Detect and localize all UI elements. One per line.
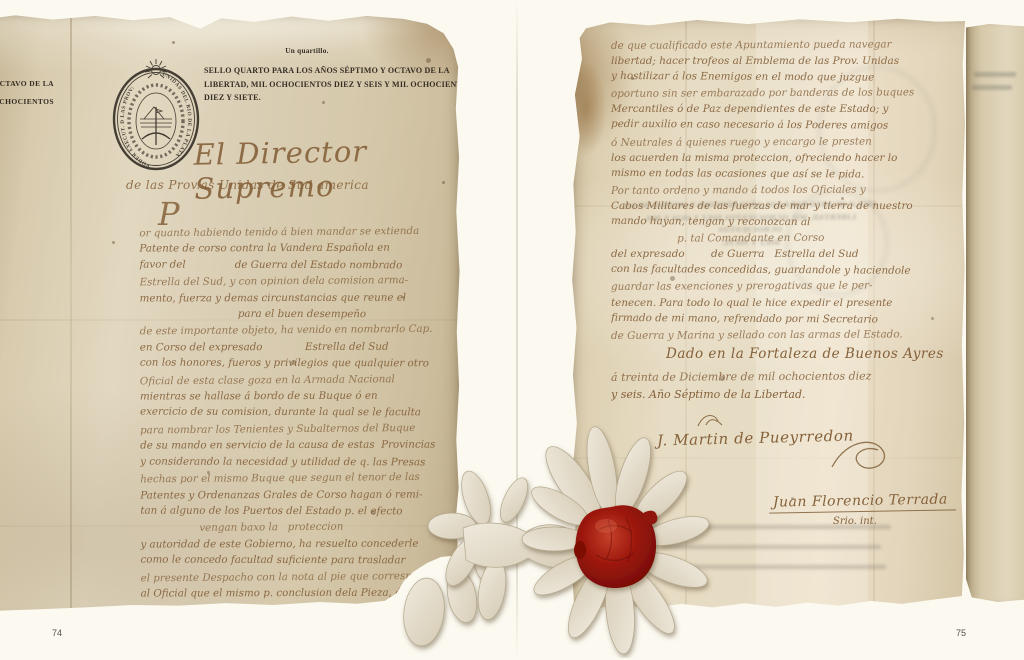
right-handwriting-block: de que cualificado este Apuntamiento pue… [611, 37, 959, 343]
handwriting-line: Mercantiles ó de Paz dependientes de est… [611, 101, 959, 117]
water-stain [565, 61, 607, 157]
fold-crease [70, 13, 72, 614]
handwriting-line: firmado de mi mano, refrendado por mi Se… [611, 310, 959, 328]
book-spread: CTAVO DE LAOCHOCIENTOS [0, 0, 1024, 660]
foxing-specks [172, 41, 175, 44]
dateline-block: á treinta de Diciembre de mil ochociento… [611, 368, 951, 403]
handwriting-line: en Corso del expresado Estrella del Sud [140, 338, 458, 356]
handwriting-line: con los honores, fueros y privilegios qu… [140, 355, 458, 372]
document-title: El Director Supremo [193, 132, 460, 206]
handwriting-line: los acuerden la misma proteccion, ofreci… [611, 150, 959, 166]
faint-print-fragment [972, 85, 1012, 90]
stamp-landscape-emblem [140, 107, 172, 145]
paper-rosette-with-wax-seal [368, 400, 788, 658]
page-number-right: 75 [956, 628, 966, 638]
handwriting-line: ó Neutrales á quienes ruego y encargo le… [611, 133, 959, 151]
cut-off-printed-fragment: CTAVO DE LAOCHOCIENTOS [0, 75, 54, 111]
provincias-unidas-oval-stamp-icon: UNIDAS DEL RIO DE LA PLATA PODER EXECUT.… [110, 56, 202, 174]
handwriting-line: tenecen. Para todo lo qual le hice exped… [611, 295, 959, 311]
handwriting-line: Oficial de esta clase goza en la Armada … [140, 370, 458, 389]
handwriting-line: guardar las exenciones y prerogativas qu… [611, 277, 959, 295]
printed-fragment-line: CTAVO DE LA [0, 75, 54, 93]
handwriting-line: Cabos Militares de las fuerzas de mar y … [611, 198, 959, 214]
printed-header-line: SELLO QUARTO PARA LOS AÑOS SÉPTIMO Y OCT… [204, 64, 458, 78]
handwriting-line: de este importante objeto, ha venido en … [140, 321, 458, 340]
page-number-left: 74 [52, 628, 62, 638]
handwriting-line: pedir auxilio en caso necesario á los Po… [611, 116, 959, 134]
printed-header-line: DIEZ Y SIETE. [204, 91, 458, 105]
printed-header-line: LIBERTAD, MIL OCHOCIENTOS DIEZ Y SEIS Y … [204, 78, 458, 92]
handwriting-line: de que cualificado este Apuntamiento pue… [611, 36, 959, 54]
handwriting-line: p. tal Comandante en Corso [611, 229, 959, 247]
handwriting-line: mento, fuerza y demas circunstancias que… [140, 289, 458, 307]
handwriting-line: oportuno sin ser embarazado por banderas… [611, 84, 959, 102]
faint-print-fragment [974, 72, 1016, 77]
stamp-duty-tagline: Un quartillo. [247, 47, 367, 55]
handwriting-line: libertad; hacer trofeos al Emblema de la… [611, 53, 959, 69]
handwriting-line: mismo en todas las ocasiones que así se … [611, 165, 959, 183]
handwriting-line: á treinta de Diciembre de mil ochociento… [611, 367, 951, 386]
handwriting-line: Estrella del Sud, y con opinion dela com… [139, 272, 457, 291]
handwriting-line: del expresado de Guerra Estrella del Sud [611, 246, 959, 262]
signature-secretary: Juan Florencio Terrada [769, 491, 956, 513]
handwriting-line: Por tanto ordeno y mando á todos los Ofi… [611, 181, 959, 199]
handwriting-line: Patente de corso contra la Vandera Españ… [139, 240, 457, 258]
wax-highlight [595, 519, 617, 533]
folded-edge-flap [966, 24, 1024, 602]
dateline-heading: Dado en la Fortaleza de Buenos Ayres [666, 346, 944, 362]
red-wax-seal [574, 505, 657, 588]
printed-fragment-line: OCHOCIENTOS [0, 93, 54, 111]
printed-stamp-duty-header: SELLO QUARTO PARA LOS AÑOS SÉPTIMO Y OCT… [204, 64, 458, 105]
signature-flourish-icon [826, 433, 896, 477]
document-subtitle: de las Prov.as Unidas de Sud america [126, 178, 369, 192]
handwriting-line: de Guerra y Marina y sellado con las arm… [611, 326, 959, 344]
handwriting-line: or quanto habiendo tenido á bien mandar … [139, 223, 457, 242]
